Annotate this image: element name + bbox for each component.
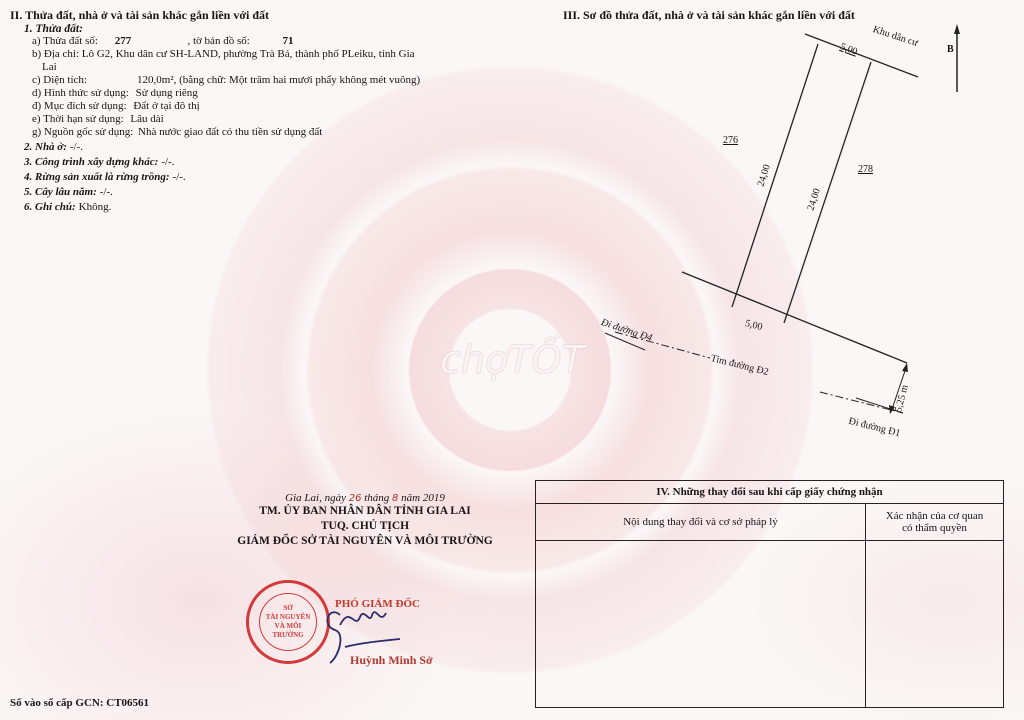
org-line-3: GIÁM ĐỐC SỞ TÀI NGUYÊN VÀ MÔI TRƯỜNG: [200, 534, 530, 549]
col-authority-line-1: Xác nhận của cơ quan: [886, 510, 983, 522]
col-authority-line-2: có thẩm quyền: [886, 522, 983, 534]
gcn-register-number: Số vào sổ cấp GCN: CT06561: [10, 697, 149, 709]
date-prefix: Gia Lai, ngày: [285, 492, 346, 504]
area-value: 120,0m², (bằng chữ: Một trăm hai mươi ph…: [137, 74, 420, 86]
date-year: năm 2019: [401, 492, 445, 504]
label-neighbor-276: 276: [723, 135, 738, 146]
property-item-label: 2. Nhà ở:: [24, 141, 67, 153]
purpose-value: Đất ở tại đô thị: [129, 100, 199, 112]
date-month-label: tháng: [364, 492, 389, 504]
north-arrow-label: B: [947, 44, 954, 55]
changes-table-body: [536, 541, 1003, 707]
property-item-value: -/-.: [170, 171, 186, 183]
area-label: c) Diện tích:: [32, 74, 137, 87]
parcel-diagram-lines: [520, 20, 1024, 460]
origin-label: g) Nguồn gốc sử dụng:: [32, 126, 133, 138]
stamp-text: SỞ: [283, 604, 292, 613]
area-row: c) Diện tích:120,0m², (bằng chữ: Một tră…: [10, 74, 510, 87]
signature-block: Gia Lai, ngày 26 tháng 8 năm 2019 TM. ỦY…: [200, 492, 530, 549]
address-row-cont: Lai: [10, 61, 510, 74]
date-day: 26: [349, 493, 362, 504]
usage-form-value: Sử dụng riêng: [132, 87, 198, 99]
term-value: Lâu dài: [126, 113, 163, 125]
property-item-label: 4. Rừng sản xuất là rừng trồng:: [24, 171, 170, 183]
changes-table-title: IV. Những thay đổi sau khi cấp giấy chứn…: [536, 481, 1003, 504]
origin-row: g) Nguồn gốc sử dụng: Nhà nước giao đất …: [10, 126, 510, 139]
section-2-title: II. Thửa đất, nhà ở và tài sản khác gắn …: [10, 8, 510, 23]
org-line-1: TM. ỦY BAN NHÂN DÂN TỈNH GIA LAI: [200, 504, 530, 519]
origin-value: Nhà nước giao đất có thu tiền sử dụng đấ…: [136, 126, 322, 138]
property-item-value: -/-.: [158, 156, 174, 168]
purpose-label: đ) Mục đích sử dụng:: [32, 100, 127, 112]
property-item-row: 6. Ghi chú:Không.: [10, 201, 510, 214]
changes-table-header: Nội dung thay đổi và cơ sở pháp lý Xác n…: [536, 504, 1003, 541]
org-line-2: TUQ. CHỦ TỊCH: [200, 519, 530, 534]
property-item-row: 2. Nhà ở:-/-.: [10, 141, 510, 154]
map-sheet-label: , tờ bản đồ số:: [187, 35, 249, 47]
property-item-value: -/-.: [97, 186, 113, 198]
parcel-diagram: Khu dân cư B 5,00 276 278 24,00 24,00 5,…: [520, 20, 1024, 460]
usage-form-row: d) Hình thức sử dụng: Sử dụng riêng: [10, 87, 510, 100]
watermark-logo: chợTỐT: [440, 338, 585, 382]
property-item-label: 6. Ghi chú:: [24, 201, 76, 213]
col-authority-confirmation: Xác nhận của cơ quancó thẩm quyền: [866, 504, 1003, 540]
usage-form-label: d) Hình thức sử dụng:: [32, 87, 129, 99]
date-month: 8: [392, 493, 398, 504]
property-item-value: -/-.: [67, 141, 83, 153]
changes-table: IV. Những thay đổi sau khi cấp giấy chứn…: [535, 480, 1004, 708]
address-label: b) Địa chỉ:: [32, 48, 79, 60]
term-label: e) Thời hạn sử dụng:: [32, 113, 124, 125]
label-neighbor-278: 278: [858, 164, 873, 175]
address-row: b) Địa chỉ: Lô G2, Khu dân cư SH-LAND, p…: [10, 48, 510, 61]
property-item-row: 3. Công trình xây dựng khác:-/-.: [10, 156, 510, 169]
property-item-label: 5. Cây lâu năm:: [24, 186, 97, 198]
parcel-number-label: a) Thửa đất số:: [32, 35, 98, 47]
property-item-label: 3. Công trình xây dựng khác:: [24, 156, 158, 168]
property-item-row: 5. Cây lâu năm:-/-.: [10, 186, 510, 199]
col-change-content: Nội dung thay đổi và cơ sở pháp lý: [536, 504, 866, 540]
property-item-value: Không.: [76, 201, 112, 213]
term-row: e) Thời hạn sử dụng: Lâu dài: [10, 113, 510, 126]
address-value: Lô G2, Khu dân cư SH-LAND, phường Trà Bá…: [82, 48, 415, 60]
changes-content-cell: [536, 541, 866, 707]
handwritten-signature: [300, 595, 410, 670]
map-sheet-number: 71: [253, 35, 294, 47]
parcel-heading: 1. Thửa đất:: [10, 23, 510, 35]
purpose-row: đ) Mục đích sử dụng: Đất ở tại đô thị: [10, 100, 510, 113]
section-land-parcel: II. Thửa đất, nhà ở và tài sản khác gắn …: [10, 8, 510, 214]
issue-date: Gia Lai, ngày 26 tháng 8 năm 2019: [200, 492, 530, 504]
property-item-row: 4. Rừng sản xuất là rừng trồng:-/-.: [10, 171, 510, 184]
parcel-number: 277: [101, 35, 185, 48]
parcel-number-row: a) Thửa đất số: 277 , tờ bản đồ số: 71: [10, 35, 510, 48]
